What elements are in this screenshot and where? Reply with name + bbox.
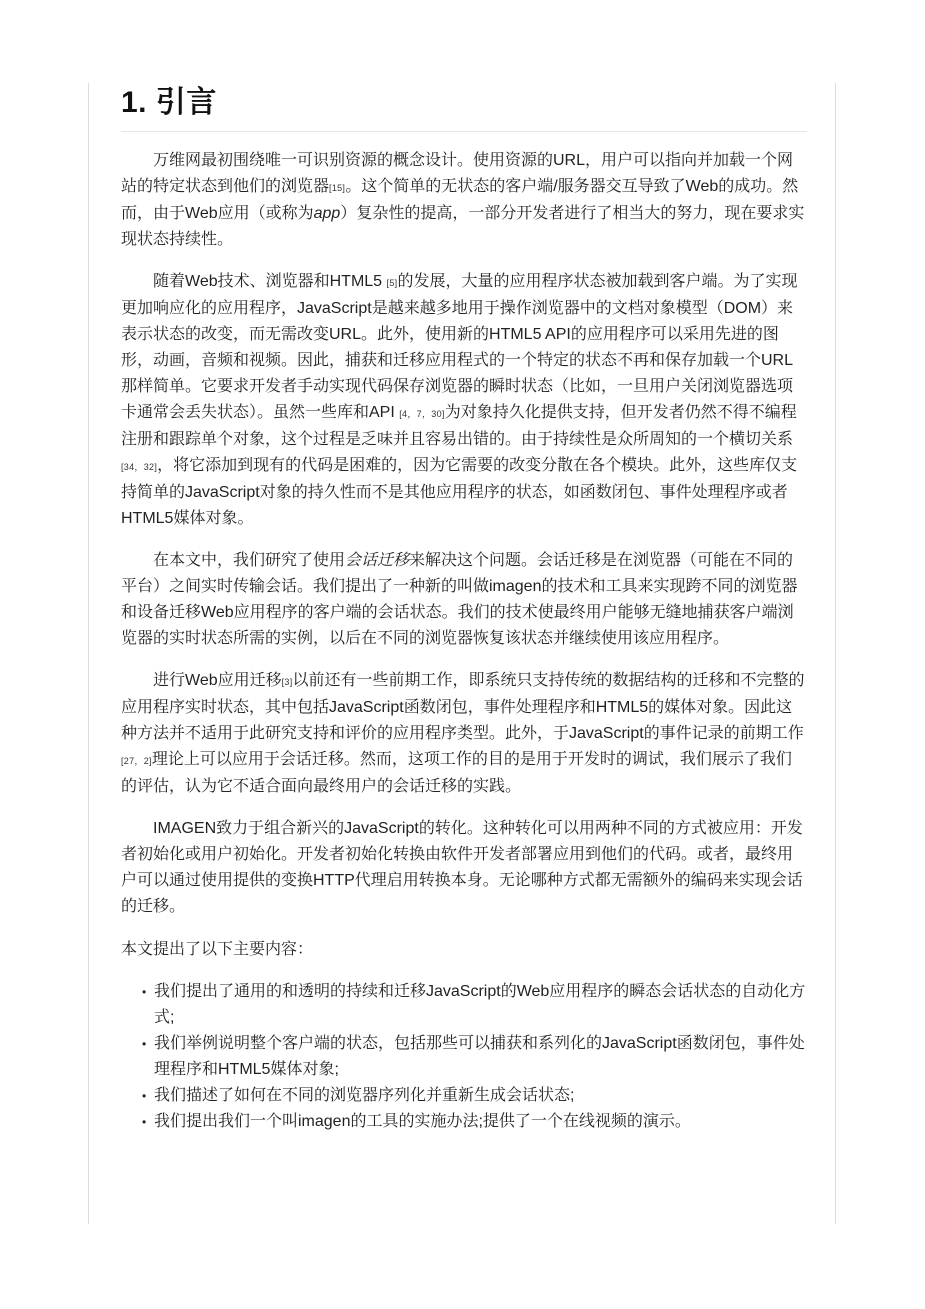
paragraph: 进行Web应用迁移[3]以前还有一些前期工作，即系统只支持传统的数据结构的迁移和…	[121, 668, 807, 800]
list-item: • 我们提出了通用的和透明的持续和迁移JavaScript的Web应用程序的瞬态…	[154, 979, 807, 1031]
citation: [15]	[329, 183, 345, 193]
bullet-icon: •	[142, 1031, 146, 1057]
section-title: 1. 引言	[121, 83, 807, 132]
list-item-text: 我们提出我们一个叫imagen的工具的实施办法;提供了一个在线视频的演示。	[154, 1113, 691, 1130]
contributions-list: • 我们提出了通用的和透明的持续和迁移JavaScript的Web应用程序的瞬态…	[121, 979, 807, 1135]
paragraph: 万维网最初围绕唯一可识别资源的概念设计。使用资源的URL，用户可以指向并加载一个…	[121, 148, 807, 253]
list-item: • 我们提出我们一个叫imagen的工具的实施办法;提供了一个在线视频的演示。	[154, 1109, 807, 1135]
citation: [3]	[282, 677, 293, 687]
bullet-icon: •	[142, 1083, 146, 1109]
paragraph: 在本文中，我们研究了使用会话迁移来解决这个问题。会话迁移是在浏览器（可能在不同的…	[121, 548, 807, 652]
citation: [27，2]	[121, 756, 152, 766]
emphasis: 会话迁移	[345, 552, 409, 569]
paragraphs: 万维网最初围绕唯一可识别资源的概念设计。使用资源的URL，用户可以指向并加载一个…	[121, 148, 807, 920]
emphasis: app	[314, 205, 341, 222]
bullet-icon: •	[142, 1109, 146, 1135]
list-item: • 我们举例说明整个客户端的状态，包括那些可以捕获和系列化的JavaScript…	[154, 1031, 807, 1083]
paragraph: 随着Web技术、浏览器和HTML5 [5]的发展，大量的应用程序状态被加载到客户…	[121, 269, 807, 532]
paragraph: IMAGEN致力于组合新兴的JavaScript的转化。这种转化可以用两种不同的…	[121, 816, 807, 920]
list-item-text: 我们举例说明整个客户端的状态，包括那些可以捕获和系列化的JavaScript函数…	[154, 1035, 805, 1078]
list-item-text: 我们提出了通用的和透明的持续和迁移JavaScript的Web应用程序的瞬态会话…	[154, 983, 805, 1026]
list-item: • 我们描述了如何在不同的浏览器序列化并重新生成会话状态;	[154, 1083, 807, 1109]
document-page: 1. 引言 万维网最初围绕唯一可识别资源的概念设计。使用资源的URL，用户可以指…	[88, 83, 836, 1224]
citation: [34，32]	[121, 462, 157, 472]
document-content: 1. 引言 万维网最初围绕唯一可识别资源的概念设计。使用资源的URL，用户可以指…	[121, 83, 807, 1135]
citation: [5]	[387, 278, 398, 288]
bullet-icon: •	[142, 979, 146, 1005]
citation: [4，7，30]	[399, 409, 444, 419]
contributions-intro: 本文提出了以下主要内容：	[121, 937, 807, 963]
list-item-text: 我们描述了如何在不同的浏览器序列化并重新生成会话状态;	[154, 1087, 574, 1104]
